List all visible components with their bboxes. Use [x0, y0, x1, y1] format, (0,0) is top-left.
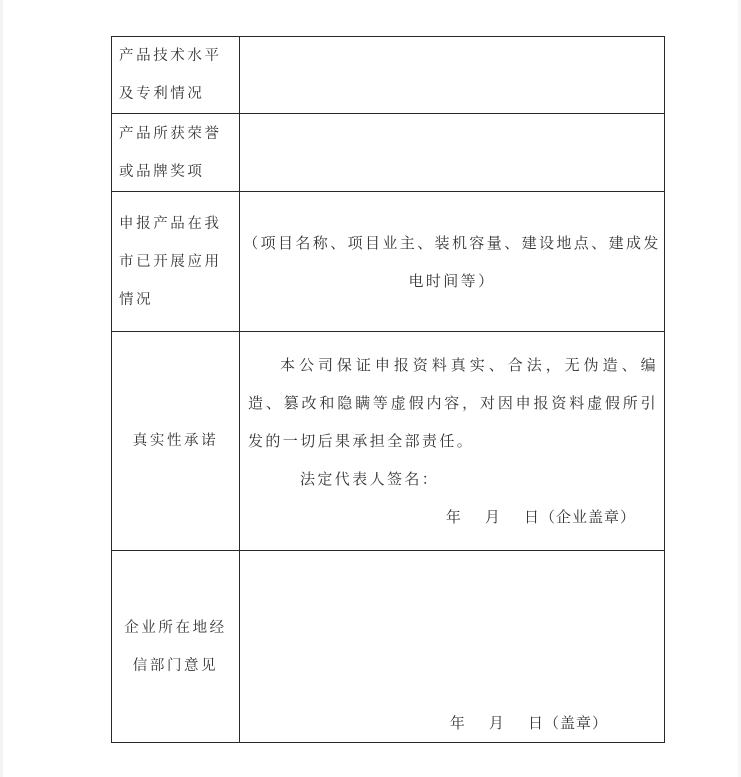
field-hint-line: （项目名称、项目业主、装机容量、建设地点、建成发 — [240, 224, 664, 262]
field-local-applications[interactable]: （项目名称、项目业主、装机容量、建设地点、建成发 电时间等） — [240, 192, 665, 332]
page-edge-left — [0, 0, 3, 777]
label-honors-awards: 产品所获荣誉 或品牌奖项 — [112, 114, 240, 192]
label-line: 市已开展应用 — [119, 243, 239, 281]
label-line: 及专利情况 — [119, 75, 239, 113]
label-department-opinion: 企业所在地经 信部门意见 — [112, 551, 240, 743]
label-local-applications: 申报产品在我 市已开展应用 情况 — [112, 192, 240, 332]
label-line: 或品牌奖项 — [119, 153, 239, 191]
label-authenticity-commitment: 真实性承诺 — [112, 332, 240, 551]
row-authenticity-commitment: 真实性承诺 本公司保证申报资料真实、合法，无伪造、编造、篡改和隐瞒等虚假内容，对… — [112, 332, 665, 551]
label-line: 产品所获荣誉 — [119, 115, 239, 153]
label-line: 产品技术水平 — [119, 37, 239, 75]
field-authenticity-commitment: 本公司保证申报资料真实、合法，无伪造、编造、篡改和隐瞒等虚假内容，对因申报资料虚… — [240, 332, 665, 551]
row-department-opinion: 企业所在地经 信部门意见 年 月 日（盖章） — [112, 551, 665, 743]
row-technical-level: 产品技术水平 及专利情况 — [112, 37, 665, 114]
field-department-opinion[interactable]: 年 月 日（盖章） — [240, 551, 665, 743]
label-line: 企业所在地经 — [112, 609, 239, 647]
field-honors-awards[interactable] — [240, 114, 665, 192]
label-technical-level: 产品技术水平 及专利情况 — [112, 37, 240, 114]
label-line: 情况 — [119, 281, 239, 319]
row-honors-awards: 产品所获荣誉 或品牌奖项 — [112, 114, 665, 192]
commitment-text: 本公司保证申报资料真实、合法，无伪造、编造、篡改和隐瞒等虚假内容，对因申报资料虚… — [240, 346, 664, 460]
row-local-applications: 申报产品在我 市已开展应用 情况 （项目名称、项目业主、装机容量、建设地点、建成… — [112, 192, 665, 332]
field-technical-level[interactable] — [240, 37, 665, 114]
date-seal-line: 年 月 日（盖章） — [450, 708, 608, 738]
field-hint-line: 电时间等） — [240, 262, 664, 300]
date-seal-line: 年 月 日（企业盖章） — [240, 498, 664, 536]
legal-representative-signature-label: 法定代表人签名： — [240, 460, 664, 498]
label-line: 信部门意见 — [112, 647, 239, 685]
application-form-table: 产品技术水平 及专利情况 产品所获荣誉 或品牌奖项 申报产品在我 市已开展应用 … — [111, 36, 665, 743]
label-line: 申报产品在我 — [119, 205, 239, 243]
